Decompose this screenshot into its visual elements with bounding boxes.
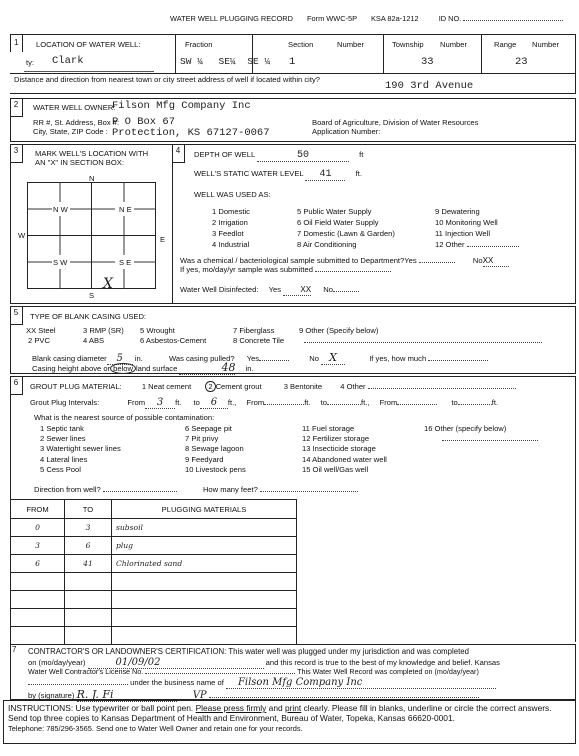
section-4-number: 4 — [172, 144, 185, 163]
range-label: Range — [494, 40, 516, 49]
compass-s: S — [89, 291, 94, 300]
section-grid-icon — [27, 182, 156, 289]
fraction-values: SW ¼ SE¼ SE ¼ — [180, 56, 270, 67]
map-title-1: MARK WELL'S LOCATION WITH — [35, 149, 148, 158]
form-statute: KSA 82a-1212 — [371, 14, 419, 23]
section-box-grid[interactable] — [27, 182, 156, 289]
disinfected-yes-field[interactable]: XX — [283, 285, 311, 296]
contamination-option[interactable]: 7 Pit privy — [185, 434, 246, 444]
section-value[interactable]: 1 — [289, 56, 295, 68]
casing-option[interactable]: 4 ABS — [83, 336, 140, 345]
license-field[interactable] — [145, 673, 295, 674]
table-row: 0 3 subsoil — [11, 519, 297, 537]
feet-field[interactable] — [260, 491, 358, 492]
city-value[interactable]: Protection, KS 67127-0067 — [112, 127, 270, 139]
sample-yes-field[interactable] — [419, 262, 455, 263]
contamination-option[interactable]: 6 Seepage pit — [185, 424, 246, 434]
section-number-label: Number — [337, 40, 364, 49]
casing-option[interactable]: 2 PVC — [28, 336, 83, 345]
id-field[interactable] — [463, 20, 563, 21]
casing-option[interactable]: 8 Concrete Tile — [233, 336, 284, 345]
depth-label: DEPTH OF WELL 50 ft — [194, 150, 363, 162]
application-label: Application Number: — [312, 127, 380, 136]
compass-e: E — [160, 235, 165, 244]
compass-w: W — [18, 231, 25, 240]
disinfected-no-field[interactable] — [333, 291, 359, 292]
range-value[interactable]: 23 — [515, 56, 528, 68]
use-option[interactable]: 2 Irrigation — [212, 217, 250, 228]
contamination-option[interactable]: 10 Livestock pens — [185, 465, 246, 475]
uses-col-2: 5 Public Water Supply 6 Oil Field Water … — [297, 206, 395, 250]
contamination-col-4: 16 Other (specify below) — [424, 424, 538, 444]
city-label: City, State, ZIP Code : — [33, 127, 108, 136]
casing-height-field[interactable]: 48 — [179, 361, 235, 375]
casing-other-field[interactable] — [304, 342, 542, 343]
distance-label: Distance and direction from nearest town… — [14, 75, 320, 84]
table-row: 3 6 plug — [11, 537, 297, 555]
county-value[interactable]: Clark — [52, 55, 84, 67]
interval-1-to[interactable]: 6 — [200, 397, 228, 409]
contamination-option[interactable]: 9 Feedyard — [185, 455, 246, 465]
use-option[interactable]: 10 Monitoring Well — [435, 217, 519, 228]
quadrant-se: S E — [119, 258, 131, 267]
fraction-1[interactable]: SW ¼ — [180, 56, 203, 67]
sample-date-field[interactable] — [315, 271, 391, 272]
contamination-option[interactable]: 2 Sewer lines — [40, 434, 121, 444]
casing-height-label: Casing height above orbelowland surface … — [32, 361, 254, 375]
used-as-label: WELL WAS USED AS: — [194, 190, 271, 199]
township-label: Township — [392, 40, 424, 49]
table-row — [11, 591, 297, 609]
direction-field[interactable] — [103, 491, 177, 492]
use-option[interactable]: 7 Domestic (Lawn & Garden) — [297, 228, 395, 239]
owner-value[interactable]: Filson Mfg Company Inc — [112, 100, 251, 112]
casing-title: TYPE OF BLANK CASING USED: — [30, 312, 146, 321]
grout-option[interactable]: 4 Other — [340, 382, 365, 391]
grout-option[interactable]: Cement grout — [216, 382, 262, 391]
contamination-option[interactable]: 16 Other (specify below) — [424, 424, 538, 434]
grout-option-circled[interactable]: 2 — [205, 381, 215, 392]
cert-line-1: CONTRACTOR'S OR LANDOWNER'S CERTIFICATIO… — [28, 647, 469, 656]
quadrant-sw: S W — [53, 258, 67, 267]
use-option[interactable]: 3 Feedlot — [212, 228, 250, 239]
contamination-option[interactable]: 11 Fuel storage — [302, 424, 387, 434]
cert-line-3: Water Well Contractor's License No. This… — [28, 667, 479, 676]
section-label: Section — [288, 40, 313, 49]
map-title-2: AN "X" IN SECTION BOX: — [35, 158, 124, 167]
instructions-text: INSTRUCTIONS: Use typewriter or ball poi… — [8, 703, 572, 734]
compass-n: N — [89, 174, 94, 183]
pulled-yes-field[interactable] — [259, 360, 289, 361]
casing-option[interactable]: XX Steel — [26, 326, 83, 335]
grout-option[interactable]: 3 Bentonite — [284, 382, 322, 391]
casing-option[interactable]: 7 Fiberglass — [233, 326, 299, 335]
record-date-field[interactable] — [28, 684, 128, 685]
contamination-option[interactable]: 3 Watertight sewer lines — [40, 444, 121, 454]
fraction-3[interactable]: SE ¼ — [247, 56, 270, 67]
section-6-number: 6 — [10, 376, 23, 395]
contamination-option[interactable]: 5 Cess Pool — [40, 465, 121, 475]
location-title: LOCATION OF WATER WELL: — [36, 40, 141, 49]
fraction-label: Fraction — [185, 40, 212, 49]
how-much-field[interactable] — [428, 360, 488, 361]
section-1-number: 1 — [14, 38, 18, 47]
form-number: Form WWC-5P — [307, 14, 357, 23]
interval-1-from[interactable]: 3 — [145, 397, 175, 409]
interval-2-from[interactable] — [264, 404, 304, 405]
fraction-2[interactable]: SE¼ — [219, 56, 236, 67]
section-5-number: 5 — [10, 306, 23, 325]
contamination-option[interactable]: 13 Insecticide storage — [302, 444, 387, 454]
form-header: WATER WELL PLUGGING RECORD Form WWC-5P K… — [170, 14, 563, 23]
section-3-number: 3 — [10, 144, 23, 163]
table-row — [11, 609, 297, 627]
direction-label: Direction from well? How many feet? — [34, 485, 358, 494]
quadrant-nw: N W — [53, 205, 68, 214]
county-label: ty: — [26, 58, 34, 67]
table-row — [11, 573, 297, 591]
grout-intervals-row: Grout Plug Intervals: From3ft. to6ft., F… — [30, 397, 498, 409]
grout-other-field[interactable] — [368, 388, 516, 389]
grout-material-row: GROUT PLUG MATERIAL: 1 Neat cement 2Ceme… — [30, 382, 516, 391]
below-circled[interactable]: below — [110, 363, 136, 374]
township-number-label: Number — [440, 40, 467, 49]
section-2-number: 2 — [10, 98, 23, 117]
col-to: TO — [65, 500, 112, 519]
use-option[interactable]: 9 Dewatering — [435, 206, 519, 217]
depth-field[interactable]: 50 — [257, 150, 349, 162]
use-option[interactable]: 6 Oil Field Water Supply — [297, 217, 395, 228]
board-label: Board of Agriculture, Division of Water … — [312, 118, 478, 127]
static-level-field[interactable]: 41 — [305, 169, 345, 181]
interval-2-to[interactable] — [327, 404, 361, 405]
interval-3-to[interactable] — [458, 404, 492, 405]
table-row — [11, 627, 297, 645]
uses-col-1: 1 Domestic 2 Irrigation 3 Feedlot 4 Indu… — [212, 206, 250, 250]
use-option[interactable]: 5 Public Water Supply — [297, 206, 395, 217]
table-header-row: FROM TO PLUGGING MATERIALS — [11, 500, 297, 519]
casing-option[interactable]: 5 Wrought — [140, 326, 233, 335]
contamination-col-3: 11 Fuel storage 12 Fertilizer storage 13… — [302, 424, 387, 475]
casing-option[interactable]: 9 Other (Specify below) — [299, 326, 378, 335]
township-value[interactable]: 33 — [421, 56, 434, 68]
sample-date-label: If yes, mo/day/yr sample was submitted — [180, 265, 391, 274]
use-option[interactable]: 11 Injection Well — [435, 228, 519, 239]
contamination-col-2: 6 Seepage pit 7 Pit privy 8 Sewage lagoo… — [185, 424, 246, 475]
sample-no-field[interactable]: XX — [483, 256, 509, 267]
well-location-mark: X — [103, 276, 113, 292]
quadrant-ne: N E — [119, 205, 132, 214]
contamination-option[interactable]: 15 Oil well/Gas well — [302, 465, 387, 475]
plugging-materials-table: FROM TO PLUGGING MATERIALS 0 3 subsoil 3… — [10, 499, 297, 645]
section-7-number: 7 — [12, 645, 16, 654]
table-row: 6 41 Chlorinated sand — [11, 555, 297, 573]
use-option[interactable]: 1 Domestic — [212, 206, 250, 217]
contamination-col-1: 1 Septic tank 2 Sewer lines 3 Watertight… — [40, 424, 121, 475]
use-option[interactable]: 4 Industrial — [212, 239, 250, 250]
id-label: ID NO. — [439, 14, 462, 23]
use-option[interactable]: 8 Air Conditioning — [297, 239, 395, 250]
contamination-option[interactable]: 14 Abandoned water well — [302, 455, 387, 465]
casing-option[interactable]: 3 RMP (SR) — [83, 326, 140, 335]
casing-option[interactable]: 6 Asbestos-Cement — [140, 336, 233, 345]
casing-types-row-2: 2 PVC4 ABS6 Asbestos-Cement8 Concrete Ti… — [28, 336, 542, 345]
disinfected-label: Water Well Disinfected: Yes XX No — [180, 285, 359, 296]
interval-3-from[interactable] — [397, 404, 437, 405]
contamination-option[interactable]: 4 Lateral lines — [40, 455, 121, 465]
form-title: WATER WELL PLUGGING RECORD — [170, 14, 293, 23]
contamination-option[interactable]: 12 Fertilizer storage — [302, 434, 387, 444]
contamination-option[interactable]: 8 Sewage lagoon — [185, 444, 246, 454]
pulled-no-field[interactable]: X — [321, 351, 345, 365]
use-option[interactable]: 12 Other — [435, 239, 519, 250]
static-level-label: WELL'S STATIC WATER LEVEL 41 ft. — [194, 169, 362, 181]
contamination-option[interactable]: 1 Septic tank — [40, 424, 121, 434]
address-label: RR #, St. Address, Box #: — [33, 118, 119, 127]
col-from: FROM — [11, 500, 65, 519]
uses-col-3: 9 Dewatering 10 Monitoring Well 11 Injec… — [435, 206, 519, 250]
range-number-label: Number — [532, 40, 559, 49]
contamination-other-field[interactable] — [442, 440, 538, 441]
casing-types-row-1: XX Steel3 RMP (SR)5 Wrought7 Fiberglass9… — [26, 326, 378, 335]
grout-option[interactable]: 1 Neat cement — [142, 382, 191, 391]
owner-label: WATER WELL OWNER: — [33, 103, 115, 112]
col-materials: PLUGGING MATERIALS — [112, 500, 297, 519]
contamination-label: What is the nearest source of possible c… — [34, 413, 214, 422]
distance-value[interactable]: 190 3rd Avenue — [385, 80, 473, 92]
